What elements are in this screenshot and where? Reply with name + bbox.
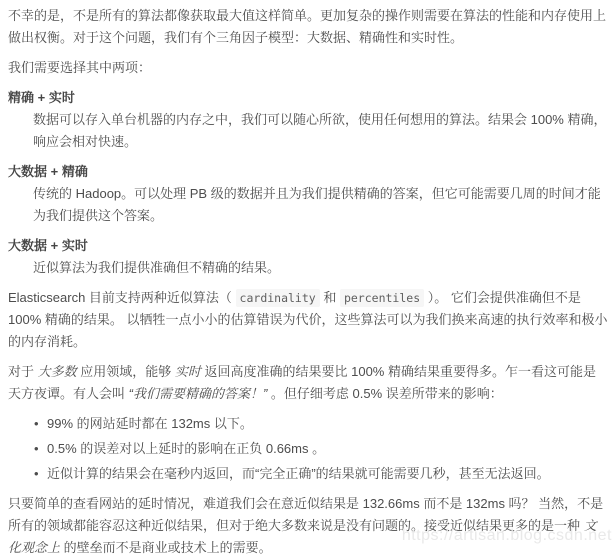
paragraph-choose-two: 我们需要选择其中两项：: [8, 57, 608, 79]
definition-term-bigdata-realtime: 大数据 + 实时: [8, 235, 608, 257]
paragraph-conclusion: 只要简单的查看网站的延时情况，难道我们会在意近似结果是 132.66ms 而不是…: [8, 493, 608, 559]
paragraph-most-applications: 对于 大多数 应用领域，能够 实时 返回高度准确的结果要比 100% 精确结果重…: [8, 361, 608, 405]
definition-desc-bigdata-realtime: 近似算法为我们提供准确但不精确的结果。: [33, 257, 608, 279]
paragraph-elasticsearch-algorithms: Elasticsearch 目前支持两种近似算法（ cardinality 和 …: [8, 287, 608, 353]
definition-term-bigdata-accurate: 大数据 + 精确: [8, 161, 608, 183]
list-item-error-margin: 0.5% 的误差对以上延时的影响在正负 0.66ms 。: [34, 438, 608, 460]
error-impact-list: 99% 的网站延时都在 132ms 以下。 0.5% 的误差对以上延时的影响在正…: [8, 413, 608, 485]
definition-desc-accurate-realtime: 数据可以存入单台机器的内存之中，我们可以随心所欲，使用任何想用的算法。结果会 1…: [33, 109, 608, 153]
paragraph-intro: 不幸的是，不是所有的算法都像获取最大值这样简单。更加复杂的操作则需要在算法的性能…: [8, 5, 608, 49]
definition-list: 精确 + 实时 数据可以存入单台机器的内存之中，我们可以随心所欲，使用任何想用的…: [8, 87, 608, 279]
list-item-return-speed: 近似计算的结果会在毫秒内返回，而“完全正确”的结果就可能需要几秒，甚至无法返回。: [34, 463, 608, 485]
list-item-latency: 99% 的网站延时都在 132ms 以下。: [34, 413, 608, 435]
definition-term-accurate-realtime: 精确 + 实时: [8, 87, 608, 109]
article-body: 不幸的是，不是所有的算法都像获取最大值这样简单。更加复杂的操作则需要在算法的性能…: [0, 0, 616, 559]
definition-desc-bigdata-accurate: 传统的 Hadoop。可以处理 PB 级的数据并且为我们提供精确的答案，但它可能…: [33, 183, 608, 227]
